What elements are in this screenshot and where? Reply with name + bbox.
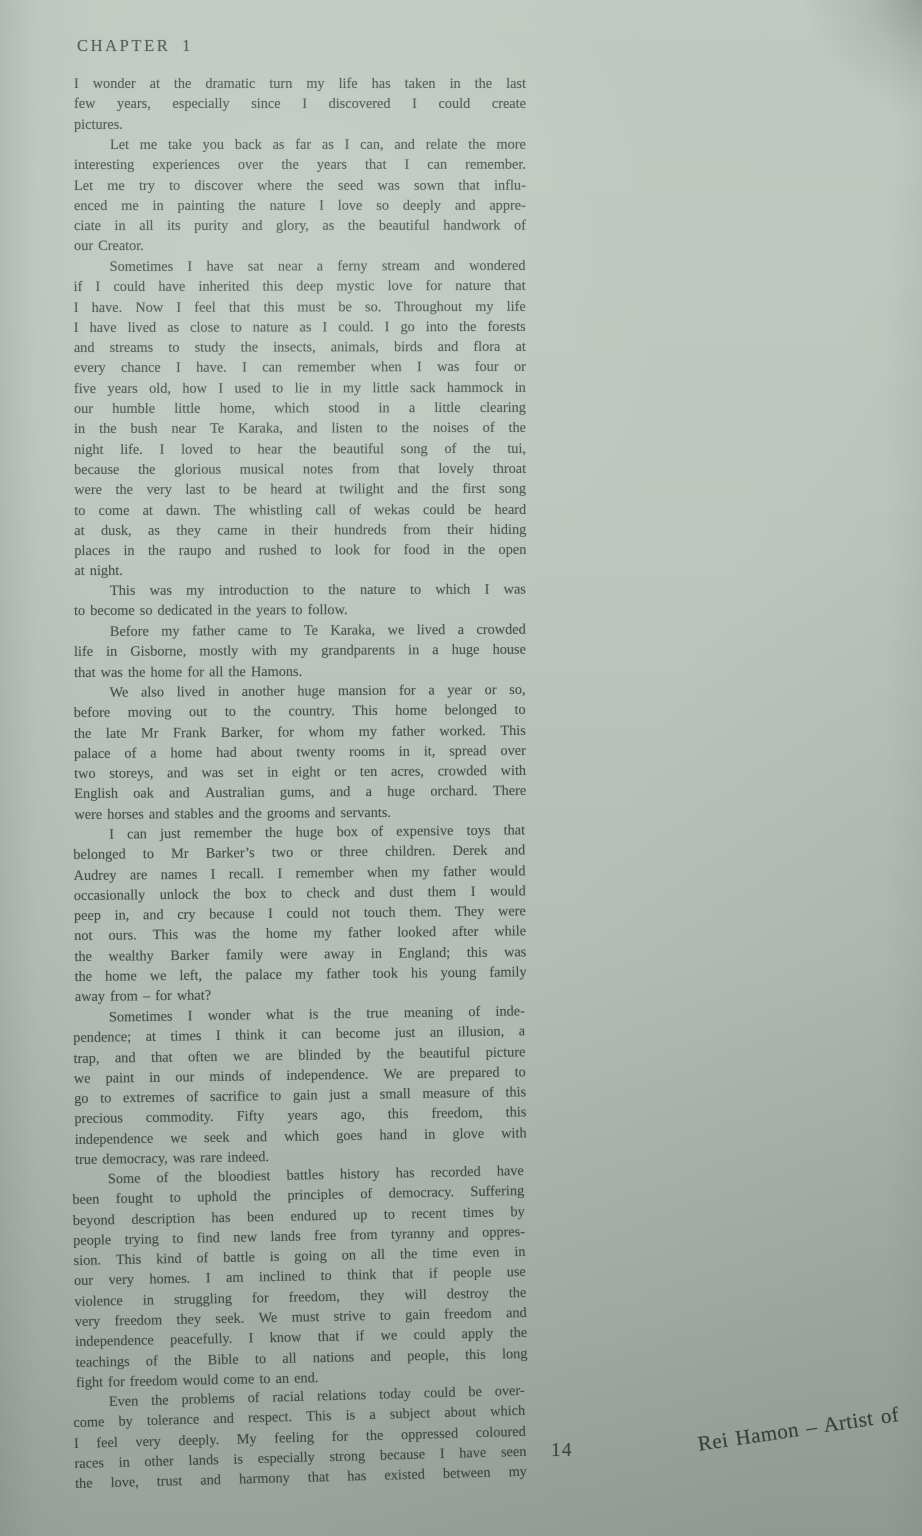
word: in (267, 763, 278, 783)
word: existed (384, 1465, 425, 1486)
text-line: fewyears,especiallysinceIdiscoveredIcoul… (74, 94, 526, 114)
word: look (335, 540, 360, 560)
word: very (146, 480, 171, 500)
word: years (287, 1106, 317, 1127)
word: in (153, 196, 164, 216)
word: lived (417, 620, 446, 640)
word: Fifty (237, 1106, 265, 1127)
text-line: tocomeatdawn.Thewhistlingcallofwekascoul… (74, 499, 526, 520)
word: heard (270, 479, 302, 499)
text-line: ourhumblelittlehome,whichstoodinalittlec… (74, 398, 526, 419)
word: five (74, 378, 96, 398)
word: to (320, 1266, 332, 1287)
word: little (174, 398, 200, 418)
word: at (150, 74, 160, 94)
word: could (113, 277, 145, 297)
word: blinded (298, 1044, 341, 1065)
word: deep (296, 276, 323, 296)
word: that (308, 1468, 330, 1489)
word: night (74, 439, 103, 459)
word: so, (509, 680, 525, 700)
word: teachings (75, 1352, 129, 1373)
word: at (146, 1027, 157, 1047)
word: the (75, 967, 93, 987)
text-line: fiveyearsold,howIusedtolieinmylittlesack… (74, 377, 526, 398)
word: could (438, 94, 470, 114)
watermark-text: Rei Hamon – Artist of (696, 1402, 901, 1457)
word: I (188, 1006, 193, 1026)
word: the (432, 479, 450, 499)
word: left, (179, 966, 202, 987)
word: love (338, 196, 363, 216)
word: I (160, 439, 165, 459)
word: years (317, 155, 347, 175)
word: I (242, 358, 247, 378)
word: home (266, 924, 298, 945)
word: ferny (337, 256, 367, 276)
word: the (328, 580, 346, 600)
word: so (376, 196, 389, 216)
word: the (265, 823, 283, 843)
word: to (168, 338, 179, 358)
word: out (189, 702, 207, 722)
paragraph: ThiswasmyintroductiontothenaturetowhichI… (74, 580, 526, 622)
word: I (216, 1026, 221, 1046)
word: the (459, 317, 477, 337)
word: late (106, 723, 127, 743)
word: and (505, 841, 526, 862)
word: over- (495, 1381, 525, 1402)
word: loved (181, 439, 213, 459)
word: I (417, 357, 422, 377)
word: our (74, 1271, 93, 1292)
word: This (306, 1407, 332, 1428)
word: to (376, 418, 387, 438)
word: me (121, 196, 138, 216)
word: father (192, 621, 225, 641)
word: family (226, 945, 264, 966)
word: violence (74, 1291, 123, 1312)
word: lie (295, 378, 309, 398)
word: a (428, 680, 435, 700)
word: I (74, 318, 79, 338)
word: my (161, 621, 179, 641)
word: seed (338, 175, 363, 195)
word: of (186, 1087, 198, 1107)
text-line: encedmeinpaintingthenatureIlovesodeeplya… (74, 195, 526, 216)
word: of (468, 1002, 480, 1022)
word: ciate (74, 216, 101, 236)
word: in (379, 398, 390, 418)
word: bush (130, 419, 157, 439)
word: listen (331, 418, 362, 438)
word: can (427, 155, 447, 175)
word: know (269, 1328, 301, 1349)
word: struggling (174, 1289, 232, 1310)
word: am (226, 1268, 244, 1289)
word: and (225, 540, 246, 560)
word: been (72, 1190, 99, 1211)
word: life (507, 296, 526, 316)
word: to (169, 175, 180, 195)
word: Before (110, 622, 149, 643)
word: lived (128, 317, 157, 337)
word: palace (74, 744, 111, 765)
word: years (108, 378, 138, 398)
word: to (384, 1204, 396, 1225)
word: apply (461, 1324, 493, 1345)
word: the (509, 418, 527, 438)
word: I (471, 882, 476, 902)
word: the (281, 155, 298, 175)
word: Frank (173, 723, 207, 744)
word: introduction (219, 581, 289, 602)
word: take (168, 135, 192, 155)
word: Australian (205, 783, 265, 804)
word: the (174, 74, 191, 94)
word: or (310, 843, 322, 863)
word: notes (303, 459, 333, 479)
word: of (124, 743, 136, 763)
word: Karaka, (238, 418, 283, 438)
word: coloured (475, 1422, 526, 1444)
word: we (388, 620, 405, 640)
word: father (348, 923, 382, 944)
word: this (467, 942, 488, 963)
word: and (143, 905, 164, 926)
word: to (225, 702, 236, 722)
word: think (347, 1265, 377, 1286)
word: remember (297, 357, 355, 377)
word: the (366, 1426, 384, 1447)
word: come (98, 500, 129, 520)
word: have (158, 277, 185, 297)
word: racial (272, 1387, 304, 1408)
word: and (448, 1223, 469, 1244)
word: every (74, 358, 106, 378)
word: fought (116, 1189, 154, 1210)
word: minds (209, 1066, 244, 1087)
word: ten (360, 762, 378, 782)
word: a (432, 640, 438, 660)
word: what (266, 1004, 294, 1025)
word: to (280, 621, 291, 641)
word: a (369, 1405, 376, 1425)
word: are (265, 1045, 283, 1066)
word: is (270, 1247, 280, 1267)
word: and (74, 338, 95, 358)
word: the (241, 337, 259, 357)
word: nature (270, 196, 306, 216)
word: the (74, 723, 92, 743)
word: for (425, 276, 442, 296)
word: the (232, 925, 250, 945)
word: in (514, 1242, 526, 1263)
paragraph: Eventheproblemsofracialrelationstodaycou… (73, 1381, 528, 1495)
word: little (372, 378, 398, 398)
word: children. (385, 841, 436, 862)
word: if (74, 277, 83, 297)
word: There (493, 781, 526, 802)
word: discovered (329, 94, 391, 114)
word: of (247, 1388, 259, 1409)
word: to (255, 1349, 267, 1370)
word: to (281, 884, 292, 904)
word: the (400, 1244, 418, 1265)
word: our (74, 399, 93, 419)
text-line: nightlife.Ilovedtohearthebeautifulsongof… (74, 438, 526, 459)
word: I (176, 358, 181, 378)
word: from (403, 520, 431, 540)
word: the (306, 175, 323, 195)
word: nature (360, 580, 396, 600)
word: Bible (207, 1349, 238, 1370)
word: go (74, 1089, 89, 1110)
word: hiding (490, 519, 527, 539)
word: flora (473, 337, 500, 357)
word: discover (194, 175, 242, 195)
paragraph: SometimesIhavesatnearafernystreamandwond… (74, 255, 527, 581)
word: stream (382, 256, 420, 276)
word: whistling (249, 500, 302, 520)
word: must (297, 297, 325, 317)
word: father (391, 721, 424, 742)
word: with (251, 641, 277, 661)
word: call (315, 500, 336, 520)
word: two (272, 843, 294, 864)
word: especially (172, 94, 229, 114)
word: measure (422, 1083, 470, 1104)
word: when (371, 357, 402, 377)
word: sacrifice (210, 1086, 259, 1107)
word: We (383, 1064, 402, 1085)
word: my (290, 641, 308, 661)
text-line: EnglishoakandAustraliangums,andahugeorch… (74, 781, 526, 804)
word: recorded (431, 1162, 481, 1183)
word: peep (74, 906, 101, 927)
word: the (509, 1323, 527, 1344)
word: palace (245, 965, 282, 986)
word: huge (296, 822, 324, 843)
word: between (443, 1463, 491, 1485)
word: nature (455, 276, 491, 296)
word: musical (240, 459, 285, 479)
word: into (426, 317, 448, 337)
word: have. (92, 297, 123, 317)
word: gums, (280, 783, 315, 804)
word: sown (414, 175, 444, 195)
word: could (423, 499, 455, 519)
word: gain (293, 1085, 318, 1106)
word: would (490, 861, 526, 882)
word: them. (409, 902, 441, 923)
word: was (150, 581, 172, 601)
word: pendence; (73, 1027, 131, 1048)
word: to (172, 1229, 184, 1250)
word: for (277, 722, 294, 742)
word: This (500, 720, 526, 740)
word: by (356, 1044, 371, 1065)
word: painting (178, 196, 225, 216)
word: where (257, 175, 292, 195)
word: me (140, 135, 157, 155)
word: I (277, 863, 282, 883)
word: in (450, 74, 461, 94)
word: since (251, 94, 280, 114)
word: lands (188, 1450, 219, 1471)
word: twilight (339, 479, 384, 499)
paragraph: Icanjustrememberthehugeboxofexpensivetoy… (73, 820, 527, 1007)
word: to (514, 1062, 525, 1082)
word: appre- (489, 195, 526, 215)
word: places (74, 541, 110, 561)
word: home (395, 701, 427, 722)
word: home (105, 966, 137, 987)
word: I (485, 580, 490, 600)
word: a (519, 1021, 526, 1041)
word: they (176, 1310, 201, 1331)
word: our (175, 1067, 194, 1088)
word: song (499, 479, 526, 499)
word: go (400, 317, 414, 337)
word: just (160, 824, 181, 845)
text-line: at night. (74, 560, 526, 581)
word: Audrey (73, 865, 116, 886)
word: and (200, 1471, 221, 1492)
word: the (148, 541, 166, 561)
word: be (468, 499, 482, 519)
chapter-heading: CHAPTER 1 (77, 36, 193, 56)
word: My (237, 1429, 257, 1450)
word: I (176, 297, 181, 317)
word: for (399, 681, 416, 701)
word: far (295, 135, 311, 155)
word: and (434, 256, 455, 276)
word: belonged (444, 700, 497, 721)
word: family (489, 962, 527, 983)
word: were (498, 901, 526, 922)
word: this (506, 1102, 527, 1123)
word: to (231, 317, 242, 337)
word: that (398, 459, 420, 479)
text-line: LetmetakeyoubackasfarasIcan,andrelatethe… (74, 134, 526, 155)
word: my (306, 74, 324, 94)
word: took (372, 964, 398, 985)
word: a (458, 620, 464, 640)
word: huge (452, 640, 480, 660)
word: feeling (274, 1427, 314, 1448)
word: can (127, 824, 147, 845)
word: and (394, 135, 415, 155)
word: this (388, 1104, 409, 1125)
word: of (444, 438, 456, 458)
word: box (245, 884, 267, 905)
word: sack (410, 378, 435, 398)
word: you (203, 135, 224, 155)
word: deeply. (178, 1430, 219, 1451)
word: was (504, 942, 526, 963)
word: my (508, 1462, 527, 1483)
word: me (107, 175, 124, 195)
word: small (380, 1084, 411, 1105)
word: This (116, 1250, 142, 1271)
word: the (468, 135, 485, 155)
word: I (109, 825, 114, 845)
word: because (74, 460, 119, 480)
word: could (423, 1383, 455, 1404)
word: and (330, 782, 351, 802)
word: a (317, 256, 323, 276)
word: precious (74, 1108, 123, 1129)
word: dawn. (166, 500, 201, 520)
word: spread (449, 741, 486, 762)
word: true (366, 1003, 389, 1024)
word: new (233, 1227, 257, 1248)
word: must (291, 1307, 319, 1328)
word: beautiful (333, 439, 384, 459)
word: freedom, (288, 1286, 340, 1307)
word: we (380, 1326, 397, 1347)
text-line: becausethegloriousmusicalnotesfromthatlo… (74, 458, 526, 479)
word: the (215, 965, 233, 985)
paragraph: LetmetakeyoubackasfarasIcan,andrelatethe… (74, 134, 526, 256)
word: subject (390, 1404, 431, 1425)
word: by (118, 1412, 133, 1433)
word: Barker’s (206, 843, 255, 864)
word: study (195, 337, 226, 357)
word: to (303, 581, 314, 601)
word: which (284, 1126, 319, 1147)
text-line: atdusk,astheycameintheirhundredsfromthei… (74, 519, 526, 540)
word: up (353, 1205, 368, 1226)
word: have (459, 1443, 487, 1464)
word: inde- (495, 1001, 525, 1022)
word: humble (112, 399, 155, 419)
word: handwork (443, 216, 500, 236)
word: extremes (123, 1087, 175, 1108)
word: freedom (114, 1310, 162, 1331)
word: could (286, 904, 318, 925)
word: my (475, 296, 493, 316)
word: relations (317, 1385, 367, 1407)
word: few (74, 94, 95, 114)
word: the (174, 1350, 192, 1371)
word: love (388, 276, 413, 296)
word: in, (115, 906, 130, 926)
word: their (291, 520, 317, 540)
word: about (251, 742, 283, 763)
word: a (366, 782, 373, 802)
word: the (74, 947, 92, 967)
word: near (171, 419, 196, 439)
word: be (338, 297, 352, 317)
word: of (156, 1168, 168, 1189)
word: last (506, 74, 526, 94)
word: my (359, 721, 377, 741)
word: sat (248, 256, 264, 276)
word: came (238, 621, 268, 641)
word: have (497, 1161, 524, 1182)
word: after (452, 922, 478, 943)
word: hand (379, 1125, 407, 1146)
word: which (490, 1401, 525, 1422)
word: glorious (174, 459, 221, 479)
word: strong (329, 1446, 365, 1467)
word: and (397, 479, 418, 499)
word: check (306, 883, 340, 904)
word: the (213, 884, 231, 904)
word: Let (74, 175, 93, 195)
